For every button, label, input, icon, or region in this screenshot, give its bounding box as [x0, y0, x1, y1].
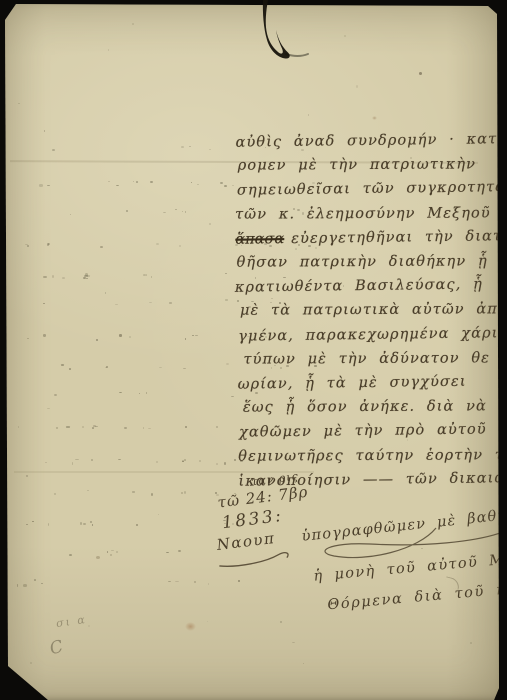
scanned-document: αὐθὶς ἀναδ συνδρομήν · καταθ ρομεν μὲ τὴ… — [0, 0, 507, 700]
paper-sheet: αὐθὶς ἀναδ συνδρομήν · καταθ ρομεν μὲ τὴ… — [0, 0, 507, 700]
foxing-stain — [419, 72, 422, 75]
handwritten-line: ρομεν μὲ τὴν πατριωτικὴν — [238, 153, 496, 179]
handwritten-line-text: εὐεργετηθῆναι τὴν διαταγὴ — [291, 228, 507, 247]
foxing-stain — [96, 556, 100, 559]
handwritten-line: τῶν κ. ἐλεημοσύνην Μεξηοῦ τὰ — [235, 201, 496, 227]
ink-blot-top — [248, 0, 310, 66]
handwritten-line: ἕως ᾗ ὅσον ἀνήκε. διὰ νὰ — [243, 395, 498, 421]
handwritten-line: θῆσαν πατρικὴν διαθήκην ᾗ — [237, 249, 497, 275]
handwritten-text-column: αὐθὶς ἀναδ συνδρομήν · καταθ ρομεν μὲ τὴ… — [233, 128, 498, 493]
handwritten-line: τύπων μὲ τὴν ἀδύνατον θε — [243, 346, 497, 372]
faint-pencil-mark: Ϲ — [48, 637, 66, 660]
handwritten-line: γμένα, παρακεχωρημένα χάριν — [238, 321, 497, 349]
handwritten-line: θεμινωτῆρες ταύτην ἑορτὴν τὴν — [238, 443, 498, 469]
handwritten-line: κρατιωθέντα Βασιλεύσας, ᾗ — [235, 273, 497, 301]
handwritten-line: χαθῶμεν μὲ τὴν πρὸ αὐτοῦ ἐὰν — [239, 418, 498, 446]
handwritten-line: ἅπασαεὐεργετηθῆναι τὴν διαταγὴ — [235, 224, 496, 252]
handwritten-line: ωρίαν, ᾗ τὰ μὲ συγχύσει — [237, 369, 497, 397]
faint-pencil-mark: σι α — [55, 613, 87, 630]
foxing-stain — [372, 116, 377, 120]
struck-through-word: ἅπασα — [235, 231, 284, 248]
handwritten-line: μὲ τὰ πατριωτικὰ αὐτῶν ἀποδε — [240, 298, 497, 324]
handwritten-line: αὐθὶς ἀναδ συνδρομήν · καταθ — [235, 127, 495, 155]
foxing-stain — [185, 622, 196, 631]
handwritten-line: σημειωθεῖσαι τῶν συγκροτητῶ — [237, 176, 496, 204]
